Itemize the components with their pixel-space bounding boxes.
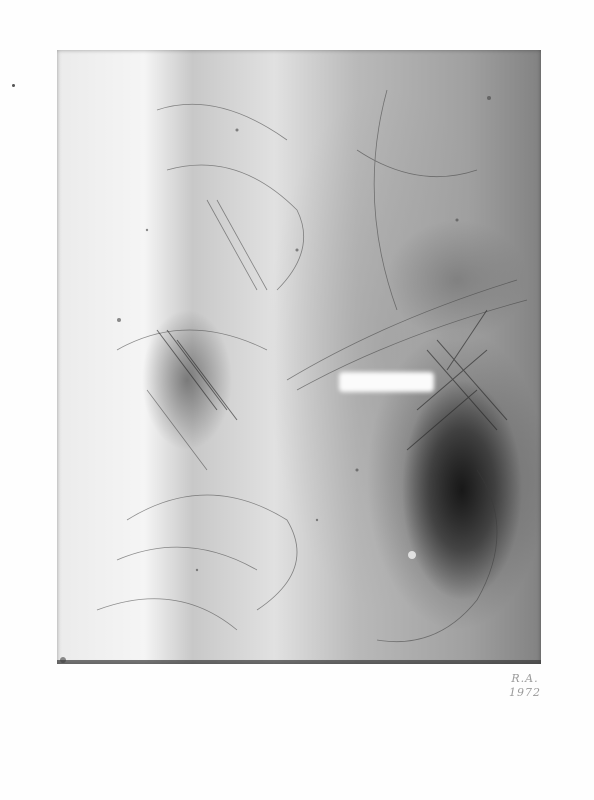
artist-signature: R.A. 1972 xyxy=(500,672,550,700)
scratch-marks xyxy=(57,50,541,664)
signature-year: 1972 xyxy=(500,686,550,700)
paper-speck xyxy=(12,84,15,87)
print-plate-image xyxy=(57,50,541,664)
signature-initials: R.A. xyxy=(500,672,550,686)
white-streak xyxy=(339,372,434,392)
paper-sheet: R.A. 1972 xyxy=(0,0,594,800)
